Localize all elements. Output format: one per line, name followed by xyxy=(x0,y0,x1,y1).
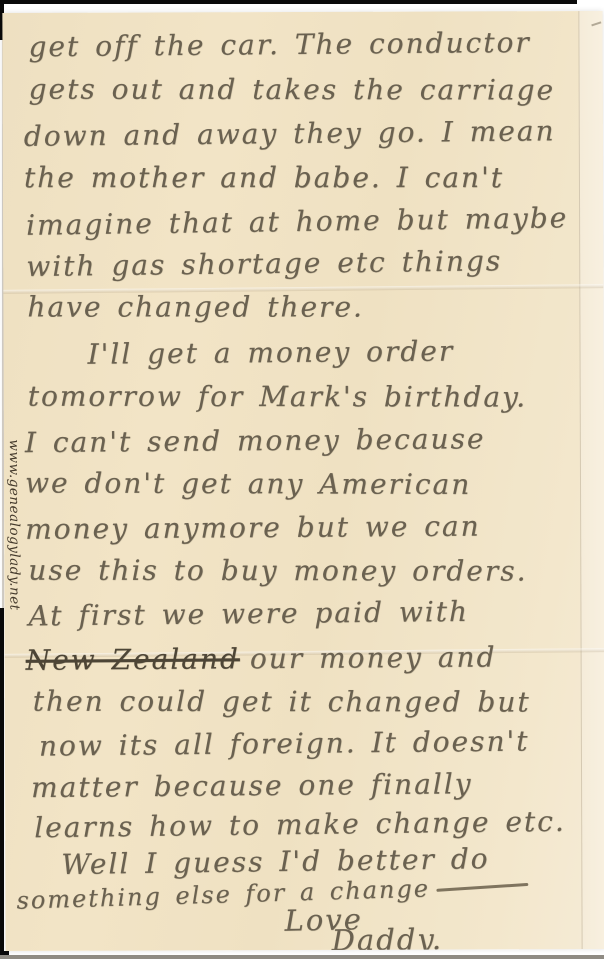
letter-line: get off the car. The conductor xyxy=(28,26,531,63)
struck-out-words: New Zealand xyxy=(26,642,240,676)
letter-line: money anymore but we can xyxy=(25,510,481,546)
scan-edge-left-bottom xyxy=(0,608,4,956)
letter-line: I can't send money because xyxy=(25,422,486,459)
right-fold-strip xyxy=(578,11,604,949)
letter-line: learns how to make change etc. xyxy=(34,805,566,844)
scan-edge-bottom xyxy=(0,955,604,959)
letter-line-rest: our money and xyxy=(250,641,497,676)
letter-paper: www.genealogylady.net get off the car. T… xyxy=(2,11,604,951)
letter-line: gets out and takes the carriage xyxy=(29,73,555,107)
letter-line: matter because one finally xyxy=(31,767,473,804)
letter-line: we don't get any American xyxy=(25,466,471,501)
letter-line: At first we were paid with xyxy=(28,595,469,633)
letter-line: now its all foreign. It doesn't xyxy=(39,725,530,763)
letter-line: I'll get a money order xyxy=(87,335,454,371)
letter-line: have changed there. xyxy=(27,290,364,323)
signature: Daddy. xyxy=(331,922,443,951)
letter-line: with gas shortage etc things xyxy=(26,244,502,283)
letter-line: down and away they go. I mean xyxy=(24,114,556,153)
letter-line: imagine that at home but maybe xyxy=(26,201,569,242)
letter-line: use this to buy money orders. xyxy=(28,554,527,588)
letter-scan-page: { "document": { "kind": "scanned handwri… xyxy=(0,0,604,959)
letter-line: New Zealandour money and xyxy=(26,641,497,677)
watermark-text: www.genealogylady.net xyxy=(4,400,23,650)
letter-line: tomorrow for Mark's birthday. xyxy=(28,380,527,414)
letter-line: then could get it changed but xyxy=(33,685,531,719)
letter-line: the mother and babe. I can't xyxy=(24,161,504,194)
scan-edge-top xyxy=(0,0,577,4)
